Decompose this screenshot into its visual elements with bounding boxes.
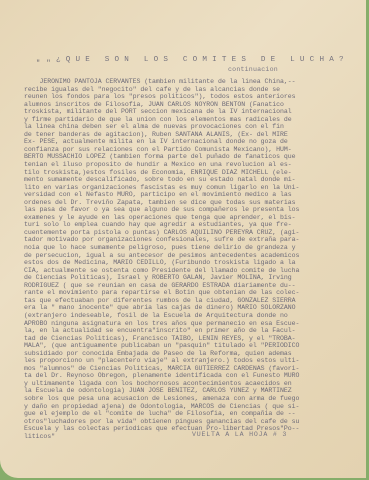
page-turn-note: VUELTA A LA HOJA # 3: [192, 431, 287, 438]
text-line: y daño en propiedad ajena) de Odontologi…: [24, 403, 342, 411]
text-line: estos dos de Medicina, MARIO CEDILLO, (F…: [24, 259, 342, 267]
document-title: ¿QUE SON LOS COMITES DE LUCHA?: [56, 56, 346, 64]
text-line: tas que efectuaban por diferentes rumbos…: [24, 297, 342, 305]
text-line: versidad con el Nefasto MURO, participo …: [24, 191, 342, 199]
document-subtitle: continuacion: [228, 66, 278, 73]
text-line: Ex- PESE, actualmente milita en la IV in…: [24, 138, 342, 146]
text-line: turi solo lo emplea cuando hay que agred…: [24, 221, 342, 229]
text-line: tenian el iluso proposito de hundir a Me…: [24, 161, 342, 169]
text-line: CIA, actualmente se ostenta como Preside…: [24, 267, 342, 275]
text-line: examenes y le ayude en las operaciones q…: [24, 214, 342, 222]
text-line: gue el ejemplo de el "comite de lucha" d…: [24, 410, 342, 418]
typewritten-page: " " ¿QUE SON LOS COMITES DE LUCHA? conti…: [0, 0, 366, 478]
text-line: mento sumamente descalificado, sobre tod…: [24, 176, 342, 184]
text-line: la linea china deben ser el alma de nuev…: [24, 123, 342, 131]
stray-quote-marks: " ": [36, 60, 52, 68]
text-line: la Escuela de odontologia) JUAN JOSE BEN…: [24, 387, 342, 395]
text-line: otros"luchadores por la vida" obtienen p…: [24, 418, 342, 426]
text-line: era la " mano inocente" que abria las ca…: [24, 304, 342, 312]
text-line: Escuela y las colectas periodicas que ef…: [24, 425, 342, 433]
text-line: APROBO ninguna asignatura en los tres añ…: [24, 320, 342, 328]
text-line: confianza por sus relaciones con el Part…: [24, 146, 342, 154]
text-line: troskista, militante del PORT seccion me…: [24, 108, 342, 116]
text-line: BERTO MUSSACHIO LOPEZ (tambien forma par…: [24, 153, 342, 161]
text-line: tador motivado por organizaciones confes…: [24, 236, 342, 244]
text-line: ta del Dr. Reynoso Obregon, plenamente i…: [24, 372, 342, 380]
text-line: sobre los que pesa una acusacion de Lesi…: [24, 395, 342, 403]
text-line: subsidiado por conocida Embajada de Pase…: [24, 350, 342, 358]
text-line: de persecucion, igual a su antecesor de …: [24, 252, 342, 260]
text-line: de tener banderas de agitacion), Ruben S…: [24, 131, 342, 139]
text-line: tad de Ciencias Politicas), Francisco TA…: [24, 335, 342, 343]
text-line: de Ciencias Politicas), Israel y ROBERTO…: [24, 274, 342, 282]
text-line: cuentemente porta pistola o puntas) CARL…: [24, 229, 342, 237]
text-line: liticos": [24, 433, 342, 441]
text-line: rante el movimiento para repartirse el B…: [24, 289, 342, 297]
text-line: RODRIGUEZ ( que se reunian en casa de GE…: [24, 282, 342, 290]
text-line: y firme partidario de que la union con l…: [24, 116, 342, 124]
text-line: MALA", (que antiguamente publicaban un "…: [24, 342, 342, 350]
text-line: la, en la actualidad se encuentra"inscri…: [24, 327, 342, 335]
text-line: ordenes del Dr. Treviño Zapata, tambien …: [24, 199, 342, 207]
document-body: JERONIMO PANTOJA CERVANTES (tambien mili…: [24, 78, 342, 440]
text-line: alumnos inscritos de Filosofia, JUAN CAR…: [24, 101, 342, 109]
text-line: reunen los fondos para los "presos polit…: [24, 93, 342, 101]
text-line: mos "alumnos" de Ciencias Politicas, MAR…: [24, 365, 342, 373]
text-line: las pasa de favor o ya sea que alguno de…: [24, 206, 342, 214]
text-line: (extranjero indeseable, fosil de la Escu…: [24, 312, 342, 320]
text-line: tilo troskista,)estos fosiles de Economi…: [24, 169, 342, 177]
text-line: JERONIMO PANTOJA CERVANTES (tambien mili…: [24, 78, 342, 86]
text-line: les proporciono un "placentero viaje" al…: [24, 357, 342, 365]
text-line: noia que lo hace sumamente peligroso, pu…: [24, 244, 342, 252]
text-line: recibe igualas del "negocito" del cafe y…: [24, 86, 342, 94]
text-line: y ultimamente ligada con los bochornosos…: [24, 380, 342, 388]
text-line: lito en varias organizaciones fascistas …: [24, 184, 342, 192]
